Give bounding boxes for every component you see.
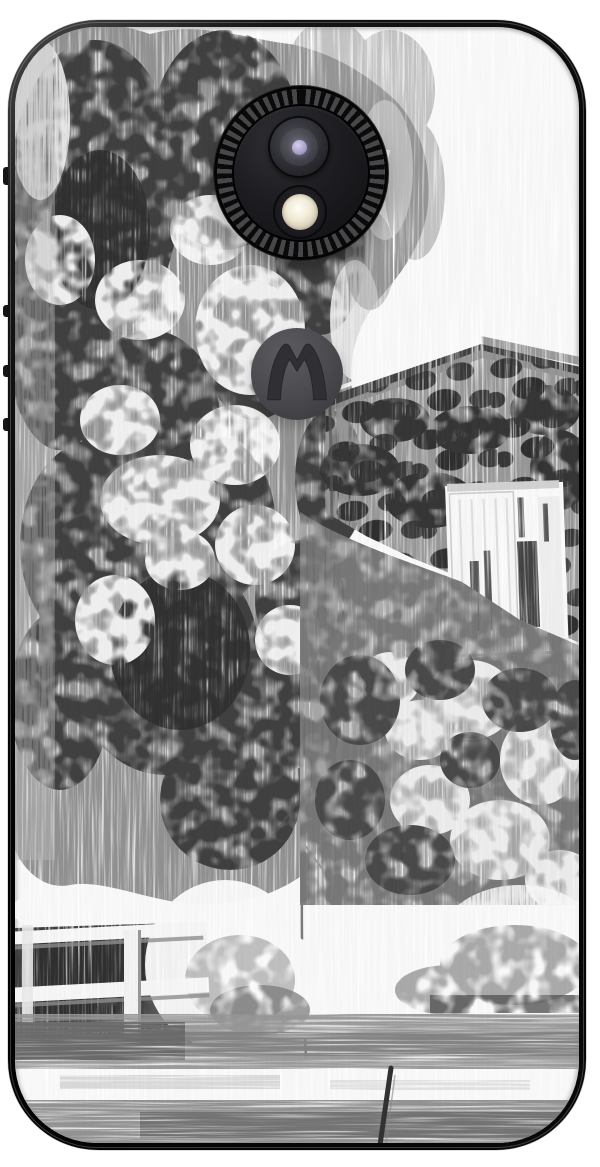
phone-skin-area xyxy=(15,27,579,1143)
camera-lens-glass xyxy=(292,140,307,155)
camera-flash-bulb xyxy=(282,194,318,230)
product-photo xyxy=(0,0,600,1167)
motorola-m-glyph xyxy=(251,328,343,420)
motorola-logo-icon xyxy=(251,328,343,420)
camera-lens xyxy=(268,116,330,178)
camera-module xyxy=(217,89,385,257)
camera-flash xyxy=(273,185,327,239)
phone-back xyxy=(8,20,586,1150)
